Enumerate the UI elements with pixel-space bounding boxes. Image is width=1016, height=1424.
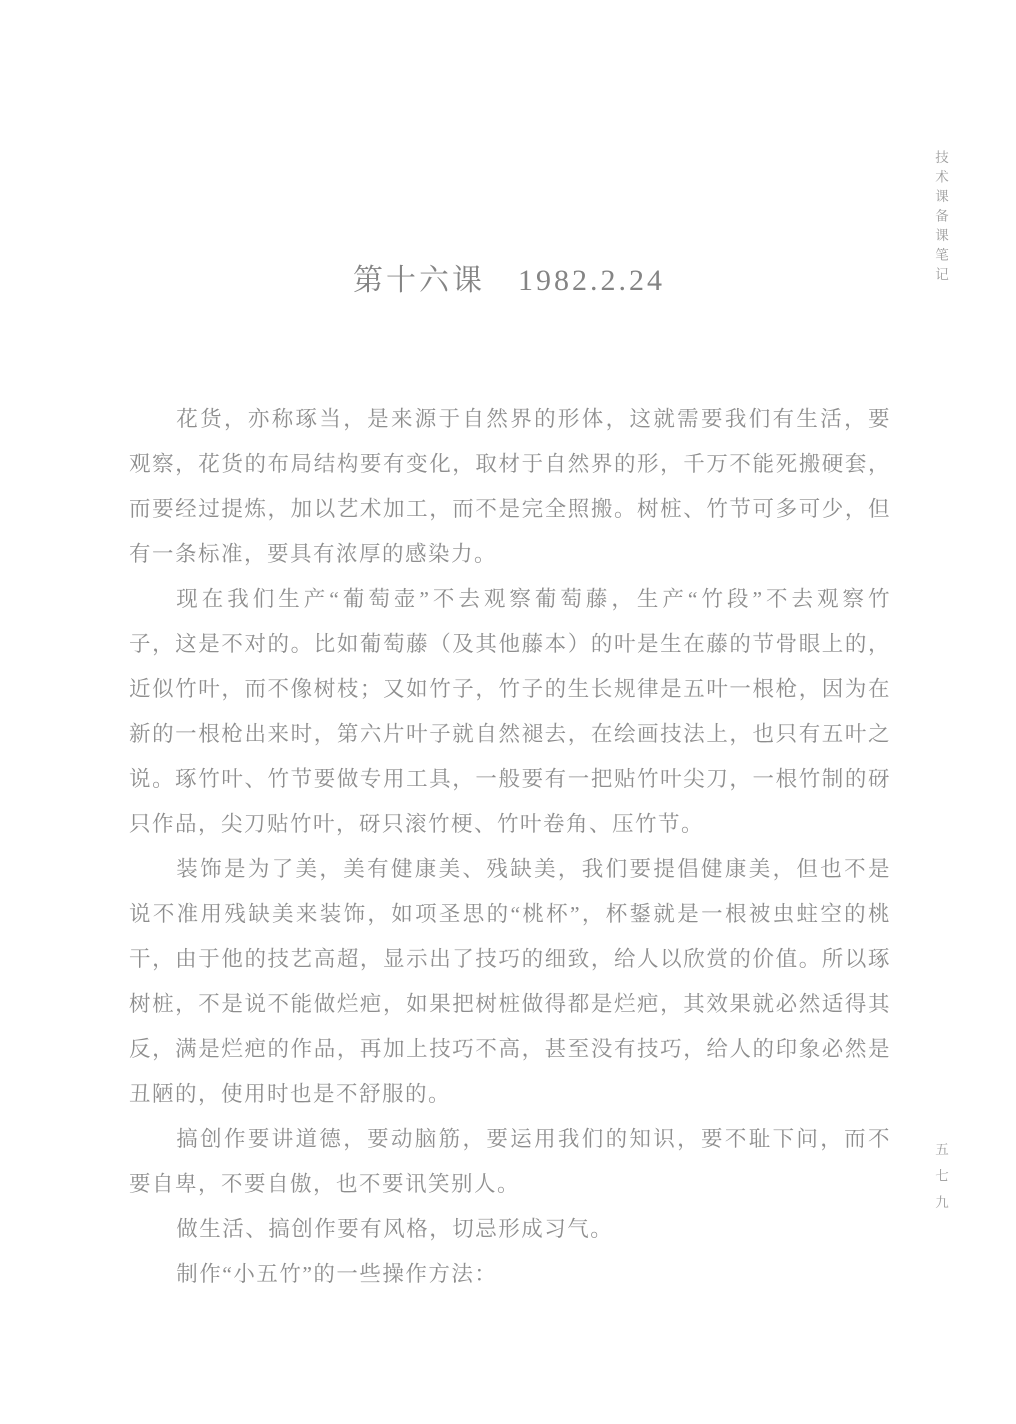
text-line: 做生活、搞创作要有风格，切忌形成习气。 xyxy=(129,1207,891,1252)
text-line: 反，满是烂疤的作品，再加上技巧不高，甚至没有技巧，给人的印象必然是 xyxy=(129,1027,891,1072)
text-line: 子，这是不对的。比如葡萄藤（及其他藤本）的叶是生在藤的节骨眼上的， xyxy=(129,622,891,667)
text-line: 搞创作要讲道德，要动脑筋，要运用我们的知识，要不耻下问，而不 xyxy=(129,1117,891,1162)
text-line: 要自卑，不要自傲，也不要讯笑别人。 xyxy=(129,1162,891,1207)
text-line: 说。琢竹叶、竹节要做专用工具，一般要有一把贴竹叶尖刀，一根竹制的砑 xyxy=(129,757,891,802)
text-line: 丑陋的，使用时也是不舒服的。 xyxy=(129,1072,891,1117)
scanned-page: 技术课备课笔记 第十六课 1982.2.24 花货，亦称琢当，是来源于自然界的形… xyxy=(0,0,1016,1424)
text-line: 现在我们生产“葡萄壶”不去观察葡萄藤，生产“竹段”不去观察竹 xyxy=(129,577,891,622)
text-line: 花货，亦称琢当，是来源于自然界的形体，这就需要我们有生活，要 xyxy=(129,397,891,442)
text-line: 装饰是为了美，美有健康美、残缺美，我们要提倡健康美，但也不是 xyxy=(129,847,891,892)
text-line: 有一条标准，要具有浓厚的感染力。 xyxy=(129,532,891,577)
page-number: 五七九 xyxy=(930,1142,950,1222)
text-line: 树桩，不是说不能做烂疤，如果把树桩做得都是烂疤，其效果就必然适得其 xyxy=(129,982,891,1027)
text-line: 而要经过提炼，加以艺术加工，而不是完全照搬。树桩、竹节可多可少，但 xyxy=(129,487,891,532)
lesson-body: 花货，亦称琢当，是来源于自然界的形体，这就需要我们有生活，要 观察，花货的布局结… xyxy=(129,397,891,1297)
text-line: 干，由于他的技艺高超，显示出了技巧的细致，给人以欣赏的价值。所以琢 xyxy=(129,937,891,982)
margin-caption: 技术课备课笔记 xyxy=(930,150,950,287)
text-line: 新的一根枪出来时，第六片叶子就自然褪去，在绘画技法上，也只有五叶之 xyxy=(129,712,891,757)
text-line: 制作“小五竹”的一些操作方法： xyxy=(129,1252,891,1297)
lesson-title: 第十六课 1982.2.24 xyxy=(128,262,890,300)
text-line: 观察，花货的布局结构要有变化，取材于自然界的形，千万不能死搬硬套， xyxy=(129,442,891,487)
text-line: 只作品，尖刀贴竹叶，砑只滚竹梗、竹叶卷角、压竹节。 xyxy=(129,802,891,847)
text-line: 说不准用残缺美来装饰，如项圣思的“桃杯”，杯鋬就是一根被虫蛀空的桃 xyxy=(129,892,891,937)
text-line: 近似竹叶，而不像树枝；又如竹子，竹子的生长规律是五叶一根枪，因为在 xyxy=(129,667,891,712)
